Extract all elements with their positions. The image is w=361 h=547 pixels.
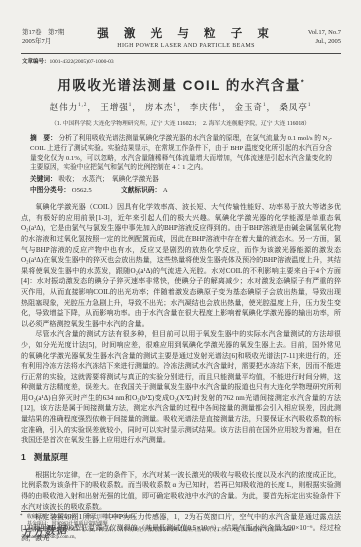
footnote-received-date: 收稿日期：2004-12-24； 修订日期：2005-04-29 xyxy=(27,515,341,522)
clc-label: 中图分类号： xyxy=(30,187,70,194)
title-footnote-mark: * xyxy=(301,80,304,87)
volume-issue-cn: 第17卷 第7期 xyxy=(22,28,64,37)
intro-paragraph: 尽管水汽含量的测试方法有很多种，但目前可以用于氧发生器中的实际水汽含量测试的方法… xyxy=(21,329,341,446)
section-number: 1 xyxy=(21,452,26,462)
section-title: 测量原理 xyxy=(34,452,68,462)
author: 王增强1 xyxy=(87,102,132,112)
keywords-text: 吸收； 水蒸汽； 氧碘化学激光器 xyxy=(58,176,158,183)
author-list: 赵伟力1,2王增强1房本杰1李庆伟1金玉奇1桑凤亭1 xyxy=(0,101,361,113)
date-en: Jul., 2005 xyxy=(308,37,341,46)
author: 房本杰1 xyxy=(132,102,177,112)
classification-line: 中图分类号： O562.5 文献标识码： A xyxy=(30,186,332,196)
journal-name-block: 强 激 光 与 粒 子 束 HIGH POWER LASER AND PARTI… xyxy=(64,25,308,49)
journal-name-cn: 强 激 光 与 粒 子 束 xyxy=(70,25,302,41)
keywords-label: 关键词： xyxy=(30,176,57,183)
author: 金玉奇1 xyxy=(222,102,267,112)
author-affil-sup: 1 xyxy=(308,103,312,108)
introduction-text: 氧碘化学激光器（COIL）因具有化学效率高、波长短、大气传输性能好、功率易于放大… xyxy=(21,202,341,446)
journal-header: 第17卷 第7期 2005年7月 强 激 光 与 粒 子 束 HIGH POWE… xyxy=(0,0,361,49)
section-1-heading: 1测量原理 xyxy=(21,451,341,463)
page-title: 用吸收光谱法测量 COIL 的水汽含量* xyxy=(0,74,361,94)
paper-page: 第17卷 第7期 2005年7月 强 激 光 与 粒 子 束 HIGH POWE… xyxy=(0,0,361,547)
header-volume-issue-cn: 第17卷 第7期 2005年7月 xyxy=(22,28,64,46)
footnote-block: * 收稿日期：2004-12-24； 修订日期：2005-04-29 基金项目：… xyxy=(21,511,341,542)
header-divider xyxy=(21,53,341,54)
intro-paragraph: 氧碘化学激光器（COIL）因具有化学效率高、波长短、大气传输性能好、功率易于放大… xyxy=(21,202,341,329)
article-number-label: 文章编号： xyxy=(22,59,50,65)
journal-name-en: HIGH POWER LASER AND PARTICLE BEAMS xyxy=(70,43,302,49)
author: 李庆伟1 xyxy=(177,102,222,112)
article-number-line: 文章编号：1001-4322(2005)07-1000-03 xyxy=(22,57,361,65)
date-cn: 2005年7月 xyxy=(22,37,64,46)
abstract-label: 摘 要： xyxy=(30,135,57,142)
article-number-value: 1001-4322(2005)07-1000-03 xyxy=(50,59,114,65)
clc-value: O562.5 xyxy=(72,187,92,194)
keywords-line: 关键词： 吸收； 水蒸汽； 氧碘化学激光器 xyxy=(30,175,332,185)
doc-code-label: 文献标识码： xyxy=(121,187,161,194)
footnote-mark: * xyxy=(20,514,23,521)
volume-issue-en: Vol.17, No.7 xyxy=(308,28,341,37)
doc-code-value: A xyxy=(163,187,168,194)
header-volume-issue-en: Vol.17, No.7 Jul., 2005 xyxy=(308,28,341,46)
abstract-text: 分析了利用吸收光谱法测量氧碘化学激光器的水汽含量的原理，在氯气流量为 0.1 m… xyxy=(30,135,332,171)
section-paragraph: 根据比尔定律，在一定的条件下，水汽对某一波长激光的吸收与吸收长度以及水汽的浓度成… xyxy=(21,470,341,512)
author: 桑凤亭1 xyxy=(267,102,312,112)
footnote-author-bio: 作者简介：赵伟力(1967—)，女，博士后，从事氧碘化学激光器诊断测试及相关基础… xyxy=(27,528,341,542)
affiliation-line: （1. 中国科学院 大连化学物理研究所，辽宁 大连 116023； 2. 海军大… xyxy=(0,118,361,127)
abstract: 摘 要： 分析了利用吸收光谱法测量氧碘化学激光器的水汽含量的原理，在氯气流量为 … xyxy=(30,134,332,173)
author: 赵伟力1,2 xyxy=(50,102,88,112)
